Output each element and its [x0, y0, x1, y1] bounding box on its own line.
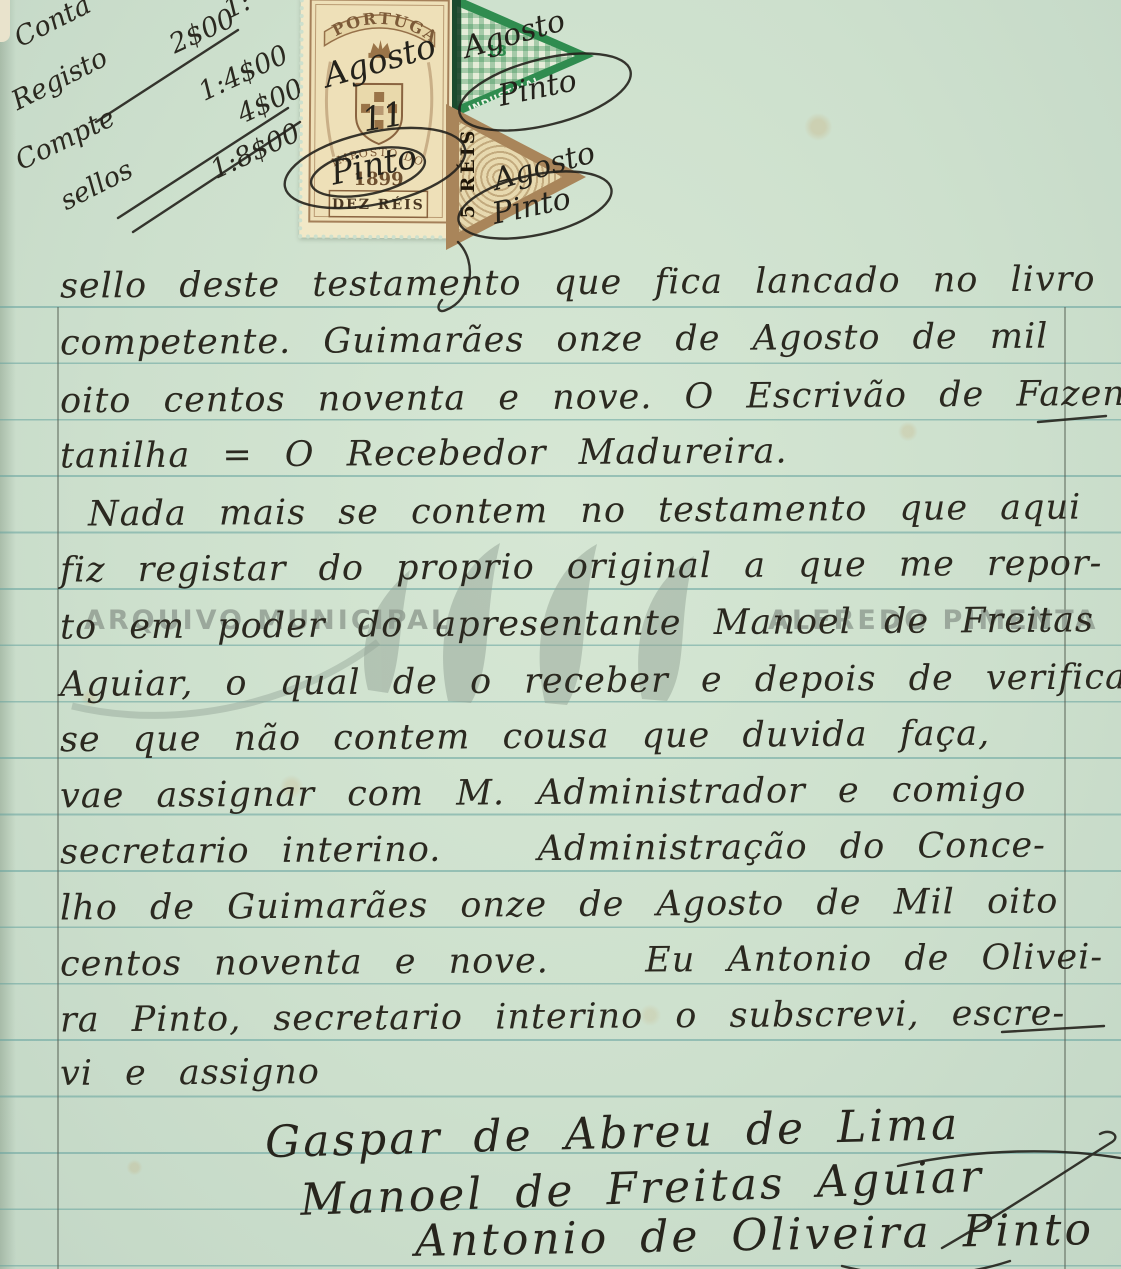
stamp-denomination: DEZ RÉIS — [332, 195, 425, 214]
manuscript-line: tanilha = O Recebedor Madureira. — [60, 434, 788, 474]
left-margin-line — [57, 307, 59, 1269]
manuscript-line: competente. Guimarães onze de Agosto de … — [60, 320, 1049, 362]
note-value-5: 1:8$00 — [207, 119, 305, 184]
manuscript-line: vae assignar com M. Administrador e comi… — [60, 773, 1027, 815]
manuscript-line: to em poder do apresentante Manoel de Fr… — [60, 603, 1094, 645]
manuscript-line: se que não contem cousa que duvida faça, — [60, 717, 990, 758]
manuscript-line: vi e assigno — [60, 1055, 320, 1092]
green-stamp-cut-edge — [452, 0, 461, 118]
manuscript-line: sello deste testamento que fica lancado … — [60, 262, 1096, 304]
manuscript-line: oito centos noventa e nove. O Escrivão d… — [60, 376, 1121, 420]
manuscript-line: Nada mais se contem no testamento que aq… — [88, 491, 1081, 533]
manuscript-line: fiz registar do proprio original a que m… — [60, 546, 1103, 588]
manuscript-line: Aguiar, o qual de o receber e depois de … — [60, 660, 1121, 703]
manuscript-line: ra Pinto, secretario interino o subscrev… — [60, 996, 1065, 1038]
brown-stamp-denomination: 5 RÉIS — [457, 109, 479, 237]
cancellation-day-main: 11 — [359, 97, 406, 137]
note-registo: Registo — [7, 44, 111, 115]
manuscript-line: lho de Guimarães onze de Agosto de Mil o… — [60, 885, 1059, 927]
manuscript-page: ARQUIVO MUNICIPAL ALFREDO PIMENTA Conta … — [0, 0, 1121, 1269]
note-value-2: 2$00 — [166, 5, 240, 59]
right-margin-line — [1064, 307, 1066, 1269]
page-corner-sliver — [0, 0, 10, 42]
note-conta: Conta — [10, 0, 95, 52]
manuscript-line: secretario interino. Administração do Co… — [60, 829, 1046, 871]
note-sellos: sellos — [56, 156, 137, 215]
signature-antonio-de-oliveira-pinto: Antonio de Oliveira Pinto — [415, 1208, 1095, 1264]
manuscript-line: centos noventa e nove. Eu Antonio de Oli… — [60, 940, 1103, 982]
